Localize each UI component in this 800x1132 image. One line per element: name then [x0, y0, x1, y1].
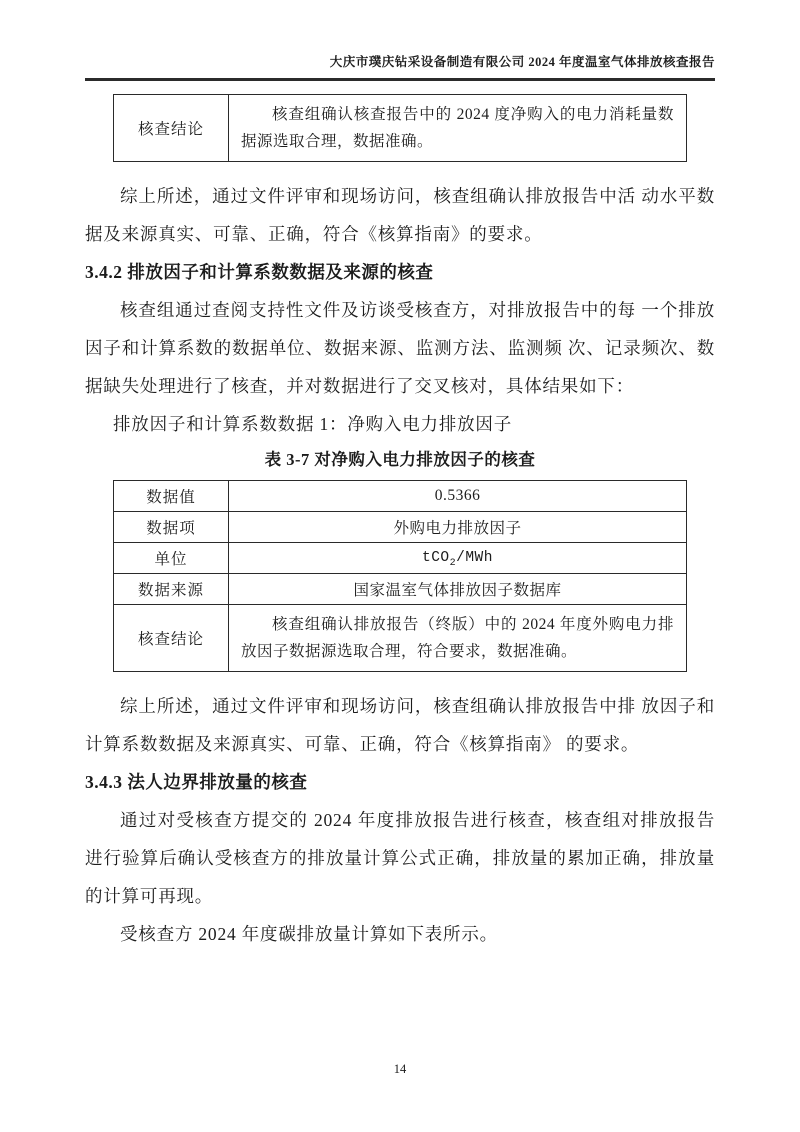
paragraph-activity-summary: 综上所述，通过文件评审和现场访问，核查组确认排放报告中活 动水平数据及来源真实、… [85, 177, 715, 253]
section-heading-343: 3.4.3 法人边界排放量的核查 [85, 763, 715, 801]
row-label: 数据项 [114, 512, 229, 543]
table-row: 核查结论 核查组确认核查报告中的 2024 度净购入的电力消耗量数据源选取合理，… [114, 95, 687, 162]
table-3-7: 数据值 0.5366 数据项 外购电力排放因子 单位 tCO2/MWh 数据来源… [113, 480, 687, 672]
document-page: 大庆市璞庆钻采设备制造有限公司 2024 年度温室气体排放核查报告 核查结论 核… [85, 0, 715, 953]
paragraph-343-table-intro: 受核查方 2024 年度碳排放量计算如下表所示。 [85, 915, 715, 953]
emission-factor-item-line: 排放因子和计算系数数据 1：净购入电力排放因子 [85, 405, 715, 443]
table-row: 数据项 外购电力排放因子 [114, 512, 687, 543]
row-label: 数据值 [114, 481, 229, 512]
row-label: 核查结论 [114, 605, 229, 672]
paragraph-342-summary: 综上所述，通过文件评审和现场访问，核查组确认排放报告中排 放因子和计算系数数据及… [85, 687, 715, 763]
row-value: 0.5366 [229, 481, 687, 512]
row-value-unit: tCO2/MWh [229, 543, 687, 574]
paragraph-343-verification: 通过对受核查方提交的 2024 年度排放报告进行核查，核查组对排放报告进行验算后… [85, 801, 715, 915]
section-heading-342: 3.4.2 排放因子和计算系数数据及来源的核查 [85, 253, 715, 291]
table-row: 单位 tCO2/MWh [114, 543, 687, 574]
table-row: 数据来源 国家温室气体排放因子数据库 [114, 574, 687, 605]
running-header-title: 大庆市璞庆钻采设备制造有限公司 2024 年度温室气体排放核查报告 [330, 55, 715, 69]
row-value: 核查组确认核查报告中的 2024 度净购入的电力消耗量数据源选取合理，数据准确。 [229, 95, 687, 162]
row-value: 核查组确认排放报告（终版）中的 2024 年度外购电力排放因子数据源选取合理，符… [229, 605, 687, 672]
table-3-7-caption: 表 3-7 对净购入电力排放因子的核查 [85, 445, 715, 475]
row-label: 数据来源 [114, 574, 229, 605]
running-header: 大庆市璞庆钻采设备制造有限公司 2024 年度温室气体排放核查报告 [85, 0, 715, 81]
row-label: 核查结论 [114, 95, 229, 162]
paragraph-342-intro: 核查组通过查阅支持性文件及访谈受核查方，对排放报告中的每 一个排放因子和计算系数… [85, 291, 715, 405]
unit-text: tCO2/MWh [422, 550, 493, 566]
table-row: 数据值 0.5366 [114, 481, 687, 512]
carryover-conclusion-table: 核查结论 核查组确认核查报告中的 2024 度净购入的电力消耗量数据源选取合理，… [113, 94, 687, 162]
table-row: 核查结论 核查组确认排放报告（终版）中的 2024 年度外购电力排放因子数据源选… [114, 605, 687, 672]
row-label: 单位 [114, 543, 229, 574]
page-number: 14 [0, 1062, 800, 1077]
row-value: 国家温室气体排放因子数据库 [229, 574, 687, 605]
row-value: 外购电力排放因子 [229, 512, 687, 543]
